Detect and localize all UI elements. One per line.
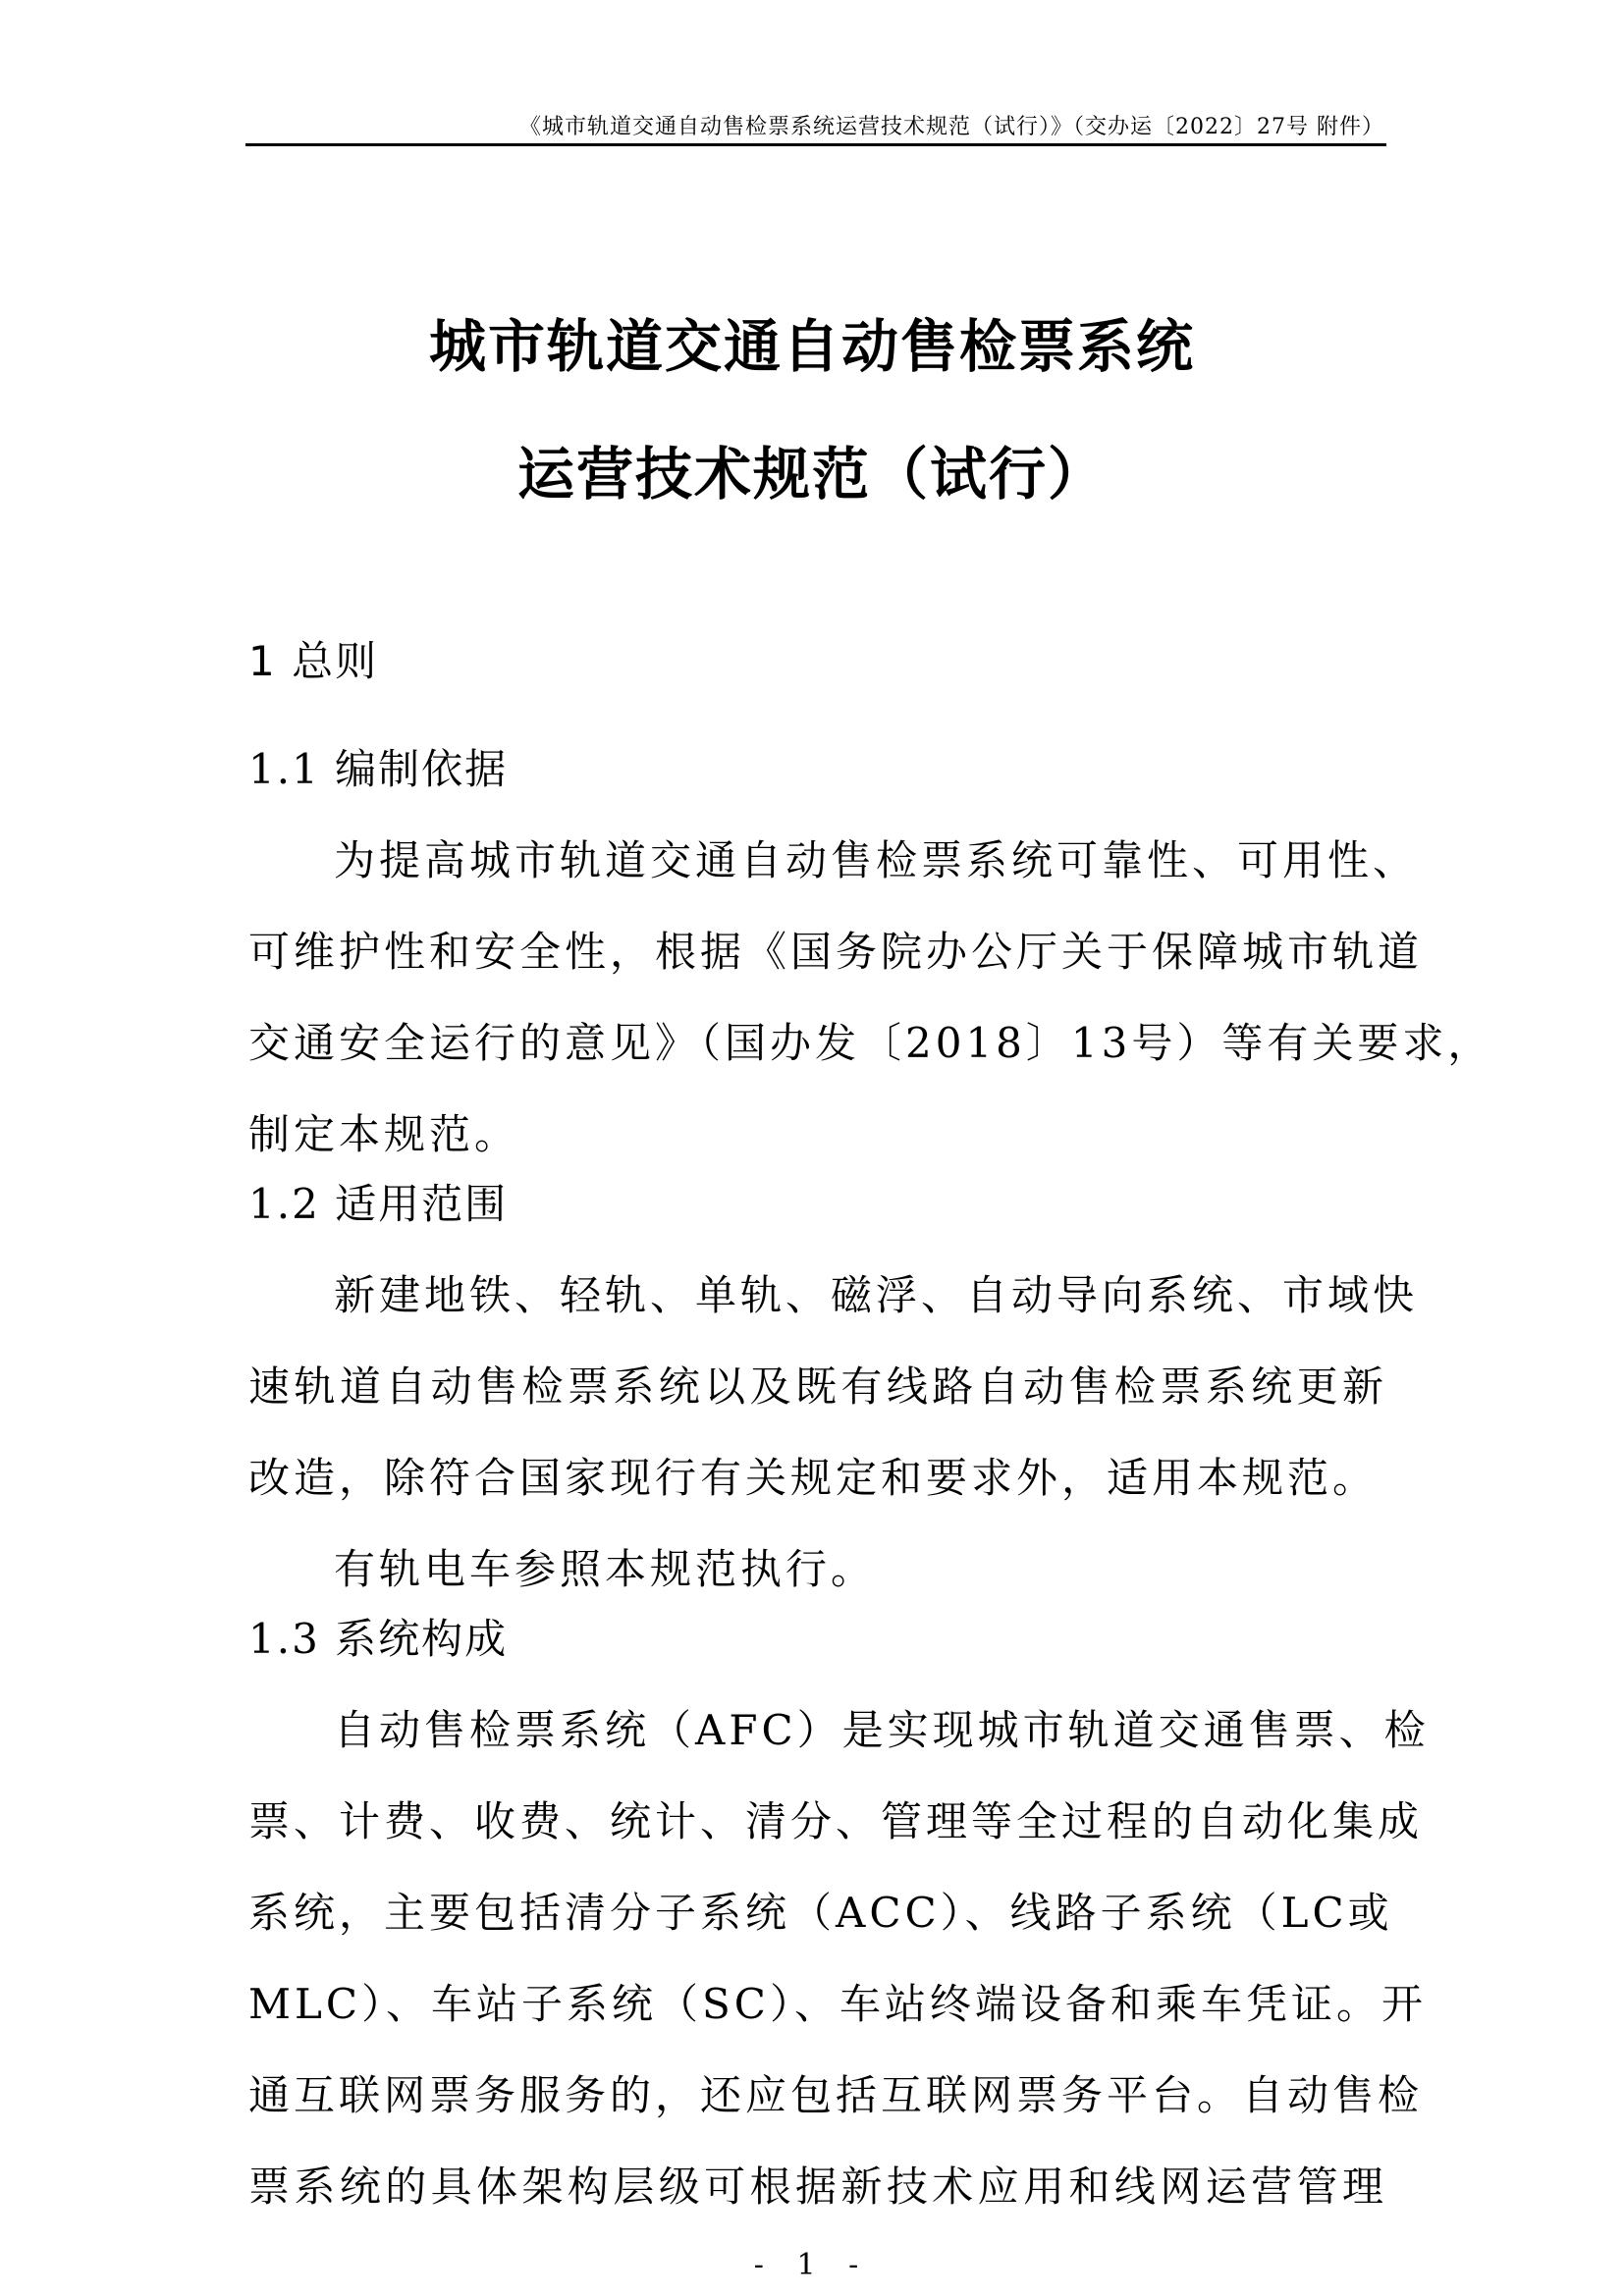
- paragraph-line: 票系统的具体架构层级可根据新技术应用和线网运营管理: [248, 2160, 1387, 2215]
- document-title-line-1: 城市轨道交通自动售检票系统: [0, 312, 1624, 381]
- paragraph-line: 改造，除符合国家现行有关规定和要求外，适用本规范。: [248, 1451, 1387, 1506]
- paragraph-line: 新建地铁、轻轨、单轨、磁浮、自动导向系统、市域快: [334, 1268, 1387, 1323]
- paragraph-line: 通互联网票务服务的，还应包括互联网票务平台。自动售检: [248, 2068, 1387, 2123]
- header-rule: [245, 143, 1386, 146]
- paragraph-line: MLC）、车站子系统（SC）、车站终端设备和乘车凭证。开: [248, 1977, 1387, 2032]
- section-heading-1-1: 1.1 编制依据: [248, 742, 1387, 797]
- paragraph-line: 速轨道自动售检票系统以及既有线路自动售检票系统更新: [248, 1360, 1387, 1415]
- section-heading-1-2: 1.2 适用范围: [248, 1177, 1387, 1232]
- section-heading-1: 1 总则: [248, 634, 1387, 689]
- running-header: 《城市轨道交通自动售检票系统运营技术规范（试行）》（交办运〔2022〕27号 附…: [245, 114, 1384, 141]
- document-title-line-2: 运营技术规范（试行）: [0, 440, 1624, 508]
- paragraph-line: 系统，主要包括清分子系统（ACC）、线路子系统（LC或: [248, 1886, 1387, 1941]
- paragraph-line: 自动售检票系统（AFC）是实现城市轨道交通售票、检: [334, 1703, 1387, 1758]
- paragraph-line: 交通安全运行的意见》（国办发〔2018〕13号）等有关要求，: [248, 1016, 1387, 1071]
- section-heading-1-3: 1.3 系统构成: [248, 1612, 1387, 1667]
- paragraph-line: 有轨电车参照本规范执行。: [334, 1542, 1387, 1597]
- paragraph-line: 可维护性和安全性，根据《国务院办公厅关于保障城市轨道: [248, 925, 1387, 980]
- page-number: - 1 -: [0, 2248, 1624, 2282]
- paragraph-line: 制定本规范。: [248, 1107, 1387, 1162]
- paragraph-line: 为提高城市轨道交通自动售检票系统可靠性、可用性、: [334, 833, 1387, 888]
- paragraph-line: 票、计费、收费、统计、清分、管理等全过程的自动化集成: [248, 1794, 1387, 1849]
